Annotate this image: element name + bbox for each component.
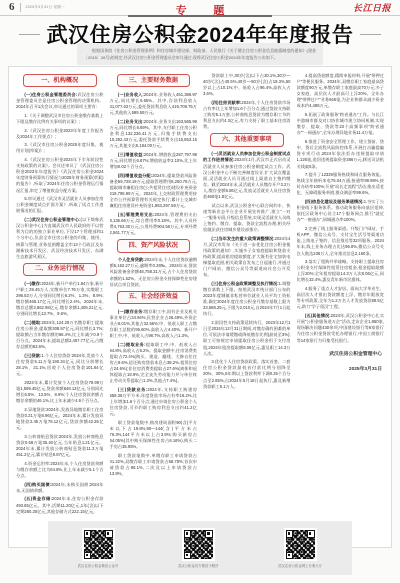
intro-text: 根据国务院《住房公积金管理条例》和住房城乡建设部、财政部、人民银行《关于健全住房…	[84, 48, 316, 60]
paragraph: 3.落实了租购并举战略。支持职工提取住房公积金支付保障性租赁住房租金,租金提取限…	[297, 259, 385, 283]
paragraph-lead: (四)信息化建设及服务渠道情况:	[305, 199, 364, 204]
paragraph-lead: (一)缴存:	[24, 281, 41, 286]
paragraph: 4.服务了重点人才安居。面向大学毕业生、高层次人才推出贷款额度上浮、缴存年限放宽…	[297, 286, 385, 310]
paragraph-text: 6.推进了资金安全管理工作。建立贷前、贷中、贷后全流程风险防控体系,开展打击骗提…	[297, 139, 385, 168]
title-rule-left	[19, 34, 40, 35]
paragraph-text: 提取职工中,中、低收入占94.8%,高收入占5.2%。提取金额中,住房消费类提取…	[110, 342, 198, 384]
paragraph-text: 1.调整缴存基数上下限。按照武汉市统计部门公布的2023年度城镇非私营单位就业人…	[203, 281, 291, 316]
paragraph: 2.阶段性支持政策延续执行。2023年12月1日至2024年12月31日期间,对…	[203, 320, 291, 357]
paragraph: (五)其他情况:2024年,武汉公积金中心扎实开展“公积金服务进万企”活动,走访…	[297, 313, 385, 343]
paragraph-text: 3.公转商贴息贷款:2024年,发放公转商贴息贷款0.68万笔35.40亿元,当…	[16, 434, 104, 457]
title-rule-right	[360, 34, 381, 35]
paragraph: 2.异地贷款:2024年,发放异地缴存职工住房贷款0.21万笔8.96亿元。20…	[16, 407, 104, 431]
page-number: 6	[9, 2, 15, 13]
paragraph-lead: (四)增值收益分配:	[118, 173, 152, 178]
paragraph: (三)贷款:1.个人住房贷款:2024年,发放个人住房贷款5.11万笔190.3…	[16, 353, 104, 377]
paragraph: 试点以来,武汉公积金中心联合网约车、快递等新业态平台企业开展宣传推广,建立“一对…	[203, 203, 291, 233]
qr-item: 武汉住房公积金网上办事大厅	[278, 528, 322, 568]
paragraph-text: 3.落实了租购并举战略。支持职工提取住房公积金支付保障性租赁住房租金,租金提取限…	[297, 259, 385, 282]
paragraph: 5.拓展了政务服务“跨省通办”工作。与长江中游城市群及对口协作城市建立协同机制,…	[297, 112, 385, 136]
qr-eye-icon	[205, 530, 213, 538]
column: 4.提高贷款额度,精简申报材料,开展“带押过户”等便民服务。2024年,双缴存职…	[297, 73, 385, 541]
qr-eye-icon	[184, 552, 192, 560]
paragraph: (二)当年发生的重大政策调整情况:2024年4月,武汉市发布《关于进一步优化住房…	[203, 236, 291, 279]
paragraph: (二)提取业务:提取职工中,中、低收入占94.8%,高收入占5.2%。提取金额中…	[110, 342, 198, 385]
paragraph-text: 2.阶段性支持政策延续执行。2023年12月1日至2024年12月31日期间,对…	[203, 320, 291, 355]
paragraph: 2.《武汉住房公积金2023年年度工作报告及2024年工作要点》;	[16, 128, 104, 140]
paragraph-lead: (一)缴存业务:	[118, 309, 144, 314]
qr-eye-icon	[84, 530, 92, 538]
paragraph: 1.《关于调整武汉市住房公积金缴存基数上下限及缴存比例有关事项的议案》;	[16, 113, 104, 125]
paragraph-text: 2024年1月,武汉市正式启动灵活就业人员参加住房公积金制度试点工作。武汉公积金…	[203, 157, 291, 199]
paragraph: 3.《武汉市住房公积金2025年度归集、使用计划(草案)》;	[16, 142, 104, 154]
qr-eye-icon	[286, 530, 294, 538]
section-heading-pill: 三、主要财务数据	[117, 74, 191, 87]
newspaper-name: 长江日报	[353, 1, 391, 14]
paragraph: (二)提取:2024年,124.26万名缴存职工提取住房公积金,提取额308.9…	[16, 320, 104, 350]
paragraph: 3.公转商贴息贷款:2024年,发放公转商贴息贷款0.68万笔35.40亿元,当…	[16, 434, 104, 458]
paragraph-text: 2025年3月31日	[349, 367, 382, 372]
paragraph-lead: (二)当年发生的重大政策调整情况:	[211, 236, 274, 241]
paragraph: (一)缴存业务:缴存职工中,国有企业及机关事业单位占34.94%,民营企业占26…	[110, 309, 198, 339]
paragraph: 2.完善了线上服务渠道。升级门户网站、手机APP、微信公众号、支付宝生活号等渠道…	[297, 226, 385, 256]
paragraph-lead: (三)住房公积金政策调整及执行情况:	[211, 281, 278, 286]
paragraph-text: 贷款职工中,30岁(含)以下占30.1%,30岁—40岁(含)占40.5%,40…	[203, 73, 291, 96]
paragraph-text: 2024年,新开户单位1.84万家,新开户职工29.45万人,实缴单位7.76万…	[16, 281, 104, 316]
section-heading-label: 三、主要财务数据	[129, 77, 179, 84]
qr-item: 武汉住房公积金微信公众号	[78, 528, 119, 568]
content-sheet: 一、机构概况(一)住房公积金管理委员会:武汉住房公积金管理委员会是住房公积金管理…	[8, 66, 392, 548]
paragraph: 5.审议通过《武汉市灵活就业人员参加住房公积金制度试点扩面方案》,听取了试点工作…	[16, 196, 104, 214]
qr-item: 武汉公积金官方微信小程序	[178, 528, 219, 568]
masthead-divider	[20, 3, 21, 12]
signature-line: 武汉住房公积金管理中心	[299, 350, 383, 359]
paragraph-text: 武汉住房公积金管理中心	[329, 352, 382, 357]
paragraph: 7.提升了12329服务热线和网点服务效能。热线全年接听来电75.04万通,接通…	[297, 172, 385, 196]
paragraph-text: (以下简称武汉公积金中心)为直属武汉市人民政府的不以营利为目的的独立事业单位,下…	[16, 217, 104, 259]
paragraph: 6.推进了资金安全管理工作。建立贷前、贷中、贷后全流程风险防控体系,开展打击骗提…	[297, 139, 385, 169]
paragraph-lead: (四)购买国债:	[24, 482, 51, 487]
paragraph-lead: 个人住房贷款:	[118, 257, 145, 262]
section-heading-pill: 二、业务运行情况	[23, 263, 97, 276]
paragraph-lead: (四)住房贡献率:	[211, 100, 241, 105]
paragraph: (四)增值收益分配:2024年,提取贷款风险准备金59,728.19万元,提取管…	[110, 173, 198, 210]
paragraph-lead: (一)业务收入:	[118, 92, 144, 97]
section-heading-label: 二、业务运行情况	[35, 265, 85, 272]
qr-code-icon	[82, 528, 115, 561]
paragraph-text: 5.审议通过《武汉市灵活就业人员参加住房公积金制度试点扩面方案》,听取了试点工作…	[16, 196, 104, 213]
paragraph-text: 职工贷款笔数中,单缴存职工申请贷款占41.22%,双缴存职工申请贷款占58.78…	[110, 453, 198, 476]
paragraph-lead: (五)资金存储:	[24, 496, 52, 501]
masthead: 6 2025年3月31日 星期一 专 题 长江日报	[0, 0, 400, 15]
paragraph: (一)住房公积金管理委员会:武汉住房公积金管理委员会是住房公积金管理的决策机构。…	[16, 92, 104, 110]
qr-code-icon	[284, 528, 317, 561]
column: 三、主要财务数据(一)业务收入:2024年,业务收入451,386.97万元,同…	[110, 73, 198, 541]
paragraph-lead: (五)管理费用支出:	[118, 212, 155, 217]
section-heading-pill: 一、机构概况	[23, 74, 97, 87]
qr-eye-icon	[184, 530, 192, 538]
qr-band: 武汉住房公积金微信公众号 武汉公积金官方微信小程序 武汉住房公积金网上办事大厅	[48, 521, 352, 575]
paragraph-text: 1.《关于调整武汉市住房公积金缴存基数上下限及缴存比例有关事项的议案》;	[16, 113, 104, 124]
paragraph-lead: (三)贷款业务:	[118, 387, 148, 392]
paragraph-text: 3.《武汉市住房公积金2025年度归集、使用计划(草案)》;	[16, 142, 104, 153]
qr-eye-icon	[286, 552, 294, 560]
paragraph: (四)住房贡献率:2024年,个人住房贷款市场占有率比上年增加1.6个百分点;通…	[203, 100, 291, 130]
paragraph: (四)信息化建设及服务渠道情况:1.夯实了公积金线下服务体系。推动政务服务向基层…	[297, 199, 385, 223]
paragraph-text: 2024年末,累计发放个人住房贷款79.99万笔1,599.45亿元,贷款余额6…	[16, 380, 104, 403]
paragraph-text: 4.提高贷款额度,精简申报材料,开展“带押过户”等便民服务。2024年,双缴存职…	[297, 73, 385, 108]
paragraph-text: 3.优化个人住房贷款政策。落实首套、二套住房公积金贷款最低首付款比例分别降至20…	[203, 359, 291, 388]
paragraph: (一)灵活就业人员参加住房公积金制度试点的工作进展情况:2024年1月,武汉市正…	[203, 151, 291, 200]
paragraph-text: 5.拓展了政务服务“跨省通办”工作。与长江中游城市群及对口协作城市建立协同机制,…	[297, 112, 385, 135]
paragraph-text: 7.提升了12329服务热线和网点服务效能。热线全年接听来电75.04万通,接通…	[297, 172, 385, 195]
signature-line: 2025年3月31日	[299, 365, 383, 374]
qr-caption: 武汉住房公积金微信公众号	[78, 563, 119, 568]
paragraph-text: 2024年4月,武汉市发布《关于进一步优化住房公积金使用政策的通知》,实施多子女…	[203, 236, 291, 278]
paragraph-text: 2.《武汉住房公积金2023年年度工作报告及2024年工作要点》;	[16, 128, 104, 139]
paragraph: (二)武汉住房公积金管理中心:(以下简称武汉公积金中心)为直属武汉市人民政府的不…	[16, 217, 104, 260]
paragraph: 职工贷款笔数中,单缴存职工申请贷款占41.22%,双缴存职工申请贷款占58.78…	[110, 453, 198, 477]
paragraph: 4.《武汉住房公积金2024年下半年阶段性支持政策的议案》。会议还审议了《武汉住…	[16, 157, 104, 194]
paragraph-lead: (五)其他情况:	[305, 313, 331, 318]
paragraph-text: 职工贷款笔数中,购房建筑面积90(含)平方米以下占19.8%,90—144(含)…	[110, 420, 198, 449]
paragraph-text: 2024年,提取贷款风险准备金59,728.19万元,提取管理费用8,250.7…	[110, 173, 198, 208]
paragraph-lead: (一)住房公积金管理委员会:	[24, 92, 77, 97]
paragraph: (五)管理费用支出:2024年,管理费用支出8,135.66万元,综合费用率0.…	[110, 212, 198, 236]
section-heading-pill: 六、其他重要事项	[210, 133, 284, 146]
paragraph: 4.提高贷款额度,精简申报材料,开展“带押过户”等便民服务。2024年,双缴存职…	[297, 73, 385, 110]
paragraph: (三)增值收益:2024年,增值收益287,797.98万元,同比增长6.67%…	[110, 152, 198, 170]
paragraph-lead: (二)武汉住房公积金管理中心:	[24, 217, 80, 222]
paragraph-lead: (二)提取业务:	[118, 342, 146, 347]
paragraph: (一)缴存:2024年,新开户单位1.84万家,新开户职工29.45万人,实缴单…	[16, 281, 104, 318]
section-heading-pill: 五、社会经济效益	[117, 291, 191, 304]
paragraph-lead: (三)增值收益:	[118, 152, 144, 157]
section-heading-label: 四、资产风险状况	[129, 242, 179, 249]
paragraph-text: 4.《武汉住房公积金2024年下半年阶段性支持政策的议案》。会议还审议了《武汉住…	[16, 157, 104, 192]
paragraph: (三)贷款业务:2024年,支持职工购建房559.36万平方米,年度贷款市场占有…	[110, 387, 198, 417]
column: 一、机构概况(一)住房公积金管理委员会:武汉住房公积金管理委员会是住房公积金管理…	[16, 73, 104, 541]
paragraph-text: 2.异地贷款:2024年,发放异地缴存职工住房贷款0.21万笔8.96亿元。20…	[16, 407, 104, 430]
qr-caption: 武汉公积金官方微信小程序	[178, 563, 219, 568]
paragraph-lead: (二)提取:	[24, 320, 41, 325]
paragraph-text: 试点以来,武汉公积金中心联合网约车、快递等新业态平台企业开展宣传推广,建立“一对…	[203, 203, 291, 232]
paragraph: (五)资金存储:2024年末,住房公积金存款493.65亿元。其中,活期11.2…	[16, 496, 104, 514]
paragraph-text: 4.服务了重点人才安居。面向大学毕业生、高层次人才推出贷款额度上浮、缴存年限放宽…	[297, 286, 385, 309]
section-heading-label: 六、其他重要事项	[222, 136, 272, 143]
paragraph: 3.优化个人住房贷款政策。落实首套、二套住房公积金贷款最低首付款比例分别降至20…	[203, 359, 291, 389]
section-heading-pill: 四、资产风险状况	[117, 239, 191, 252]
intro-box: 根据国务院《住房公积金管理条例》和住房城乡建设部、财政部、人民银行《关于健全住房…	[77, 43, 323, 65]
paragraph: 2024年末,累计发放个人住房贷款79.99万笔1,599.45亿元,贷款余额6…	[16, 380, 104, 404]
paragraph: 个人住房贷款:2024年末,个人住房贷款逾期额5,162.27万元,逾期率0.2…	[110, 257, 198, 287]
masthead-date: 2025年3月31日 星期一	[26, 5, 65, 10]
qr-eye-icon	[307, 530, 315, 538]
paragraph: 4.资金运用率:2024年末,个人住房贷款余额与缴存余额之比为64.8%,比上年…	[16, 461, 104, 479]
paragraph: (二)业务支出:2024年,业务支出163,565.99万元,同比增长6.69%…	[110, 119, 198, 149]
paragraph: (四)购买国债:2024年,未购买国债;2024年末,无国债余额。	[16, 482, 104, 494]
column: 贷款职工中,30岁(含)以下占30.1%,30岁—40岁(含)占40.5%,40…	[203, 73, 291, 541]
qr-eye-icon	[105, 530, 113, 538]
paragraph: 贷款职工中,30岁(含)以下占30.1%,30岁—40岁(含)占40.5%,40…	[203, 73, 291, 97]
paragraph: 职工贷款笔数中,购房建筑面积90(含)平方米以下占19.8%,90—144(含)…	[110, 420, 198, 450]
paragraph: (一)业务收入:2024年,业务收入451,386.97万元,同比增长6.65%…	[110, 92, 198, 116]
paragraph-text: 2.完善了线上服务渠道。升级门户网站、手机APP、微信公众号、支付宝生活号等渠道…	[297, 226, 385, 255]
qr-eye-icon	[84, 552, 92, 560]
qr-code-icon	[182, 528, 215, 561]
section-heading-label: 一、机构概况	[41, 77, 78, 84]
section-heading-label: 五、社会经济效益	[129, 293, 179, 300]
paragraph: (三)住房公积金政策调整及执行情况:1.调整缴存基数上下限。按照武汉市统计部门公…	[203, 281, 291, 318]
qr-caption: 武汉住房公积金网上办事大厅	[278, 563, 322, 568]
paragraph-lead: (二)业务支出:	[118, 119, 144, 124]
paragraph-lead: (三)贷款:	[24, 353, 41, 358]
masthead-rule-accent	[128, 15, 272, 17]
paragraph-text: 4.资金运用率:2024年末,个人住房贷款余额与缴存余额之比为64.8%,比上年…	[16, 461, 104, 478]
